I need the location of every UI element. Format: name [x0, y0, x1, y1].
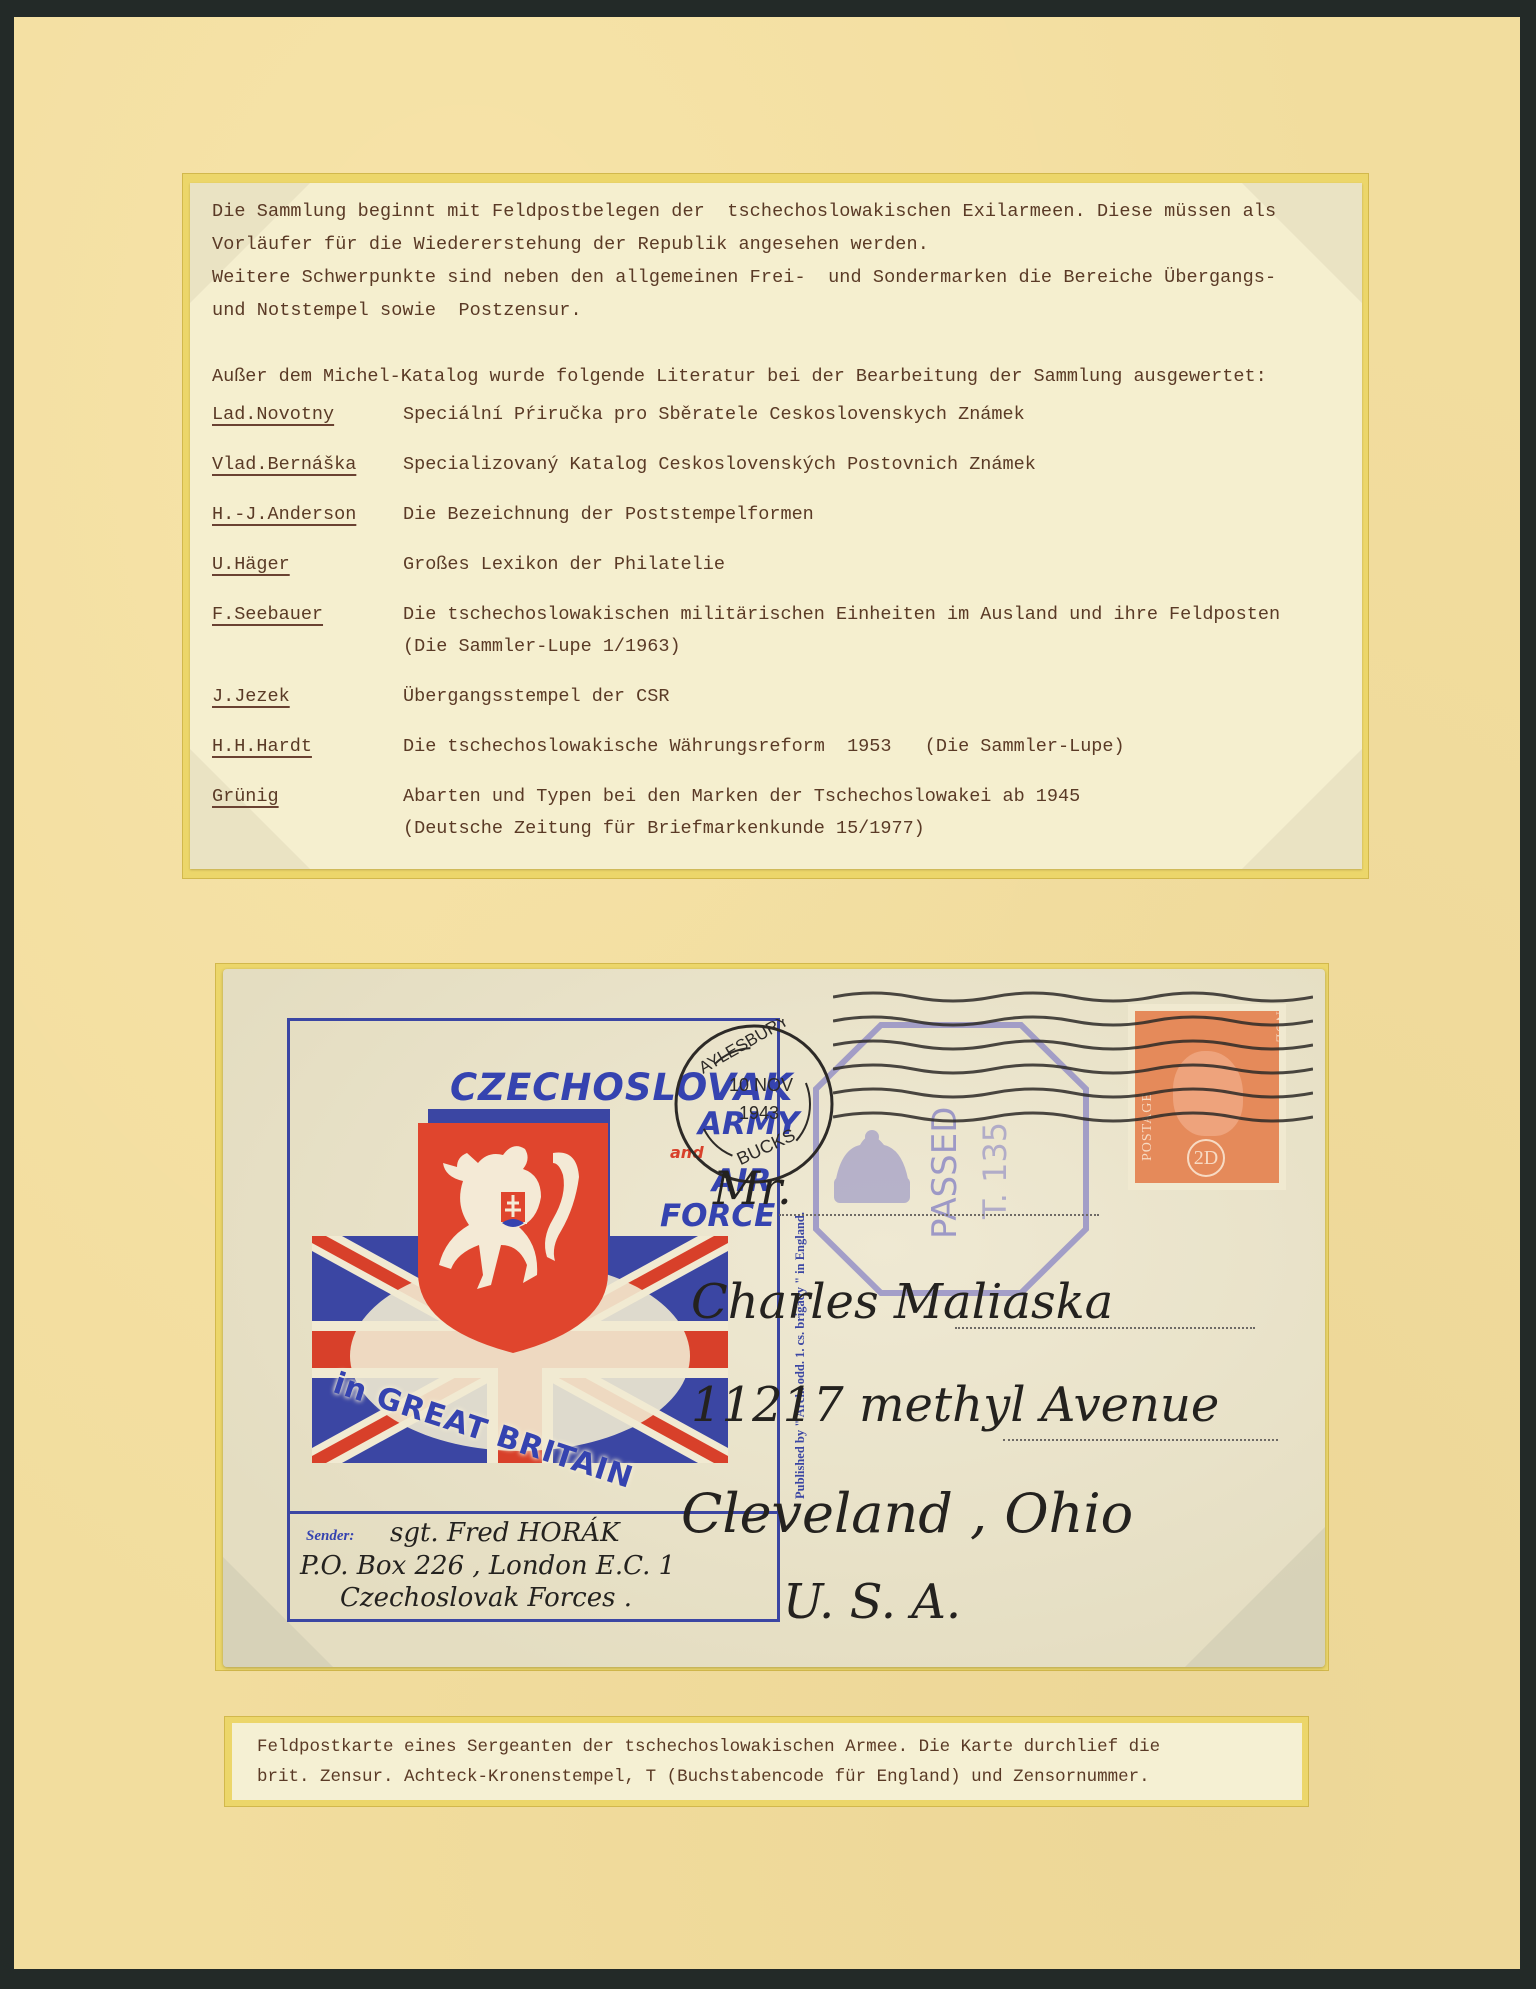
literature-author: J.Jezek: [212, 681, 403, 713]
literature-title: Speciální Pŕiručka pro Sběratele Ceskosl…: [403, 399, 1342, 431]
literature-entry: J.Jezek Übergangsstempel der CSR: [212, 681, 1342, 713]
literature-title: Übergangsstempel der CSR: [403, 681, 1342, 713]
literature-entry-continuation: (Deutsche Zeitung für Briefmarkenkunde 1…: [212, 813, 1342, 845]
recipient-city: Cleveland , Ohio: [681, 1482, 1133, 1545]
caption-line: brit. Zensur. Achteck-Kronenstempel, T (…: [257, 1762, 1302, 1792]
literature-entry: Grünig Abarten und Typen bei den Marken …: [212, 781, 1342, 813]
address-dotted-line: [779, 1214, 1099, 1216]
recipient-name: Charles Maliaska: [691, 1274, 1113, 1330]
svg-text:T. 135: T. 135: [976, 1122, 1014, 1220]
sender-unit: Czechoslovak Forces .: [340, 1583, 632, 1613]
literature-entry: Lad.Novotny Speciální Pŕiručka pro Sběra…: [212, 399, 1342, 431]
literature-title: Großes Lexikon der Philatelie: [403, 549, 1342, 581]
literature-title: (Die Sammler-Lupe 1/1963): [403, 631, 1342, 663]
literature-heading: Außer dem Michel-Katalog wurde folgende …: [212, 360, 1342, 393]
literature-author: Grünig: [212, 781, 403, 813]
literature-author: Vlad.Bernáška: [212, 449, 403, 481]
field-postcard: CZECHOSLOVAK ARMY and AIR FORCE in GREAT…: [223, 969, 1325, 1667]
literature-title: Die Bezeichnung der Poststempelformen: [403, 499, 1342, 531]
literature-author: Lad.Novotny: [212, 399, 403, 431]
intro-text-line: Vorläufer für die Wiedererstehung der Re…: [212, 228, 1342, 261]
literature-entry: F.Seebauer Die tschechoslowakischen mili…: [212, 599, 1342, 631]
literature-title: Die tschechoslowakische Währungsreform 1…: [403, 731, 1342, 763]
literature-title: Die tschechoslowakischen militärischen E…: [403, 599, 1342, 631]
caption-line: Feldpostkarte eines Sergeanten der tsche…: [257, 1732, 1302, 1762]
literature-entry: Vlad.Bernáška Specializovaný Katalog Ces…: [212, 449, 1342, 481]
literature-title: Specializovaný Katalog Ceskoslovenských …: [403, 449, 1342, 481]
recipient-salutation: Mr.: [713, 1161, 792, 1215]
stamp-value: 2D: [1187, 1139, 1225, 1177]
intro-text-line: Weitere Schwerpunkte sind neben den allg…: [212, 261, 1342, 294]
intro-note: Die Sammlung beginnt mit Feldpostbelegen…: [190, 183, 1362, 869]
sender-name: sgt. Fred HORÁK: [390, 1518, 620, 1548]
czechoslovak-lion-shield-icon: [418, 1123, 608, 1353]
literature-author: U.Häger: [212, 549, 403, 581]
address-dotted-line: [1003, 1439, 1278, 1441]
intro-text-line: und Notstempel sowie Postzensur.: [212, 294, 1342, 327]
crown-icon: [834, 1130, 910, 1203]
postcard-caption: Feldpostkarte eines Sergeanten der tsche…: [232, 1723, 1302, 1800]
svg-text:10 NOV: 10 NOV: [729, 1075, 793, 1095]
photo-corner: [1185, 1527, 1325, 1667]
intro-text-line: Die Sammlung beginnt mit Feldpostbelegen…: [212, 195, 1342, 228]
svg-text:1943: 1943: [739, 1103, 779, 1123]
literature-title: (Deutsche Zeitung für Briefmarkenkunde 1…: [403, 813, 1342, 845]
sender-label: Sender:: [306, 1528, 354, 1545]
literature-entry: H.-J.Anderson Die Bezeichnung der Postst…: [212, 499, 1342, 531]
literature-entry-continuation: (Die Sammler-Lupe 1/1963): [212, 631, 1342, 663]
literature-author: H.-J.Anderson: [212, 499, 403, 531]
recipient-street: 11217 methyl Avenue: [691, 1377, 1219, 1433]
literature-author: H.H.Hardt: [212, 731, 403, 763]
wavy-cancellation-lines: [833, 979, 1313, 1129]
recipient-country: U. S. A.: [783, 1574, 961, 1630]
literature-entry: H.H.Hardt Die tschechoslowakische Währun…: [212, 731, 1342, 763]
literature-author: F.Seebauer: [212, 599, 403, 631]
literature-title: Abarten und Typen bei den Marken der Tsc…: [403, 781, 1342, 813]
sender-address: P.O. Box 226 , London E.C. 1: [300, 1551, 675, 1581]
literature-entry: U.Häger Großes Lexikon der Philatelie: [212, 549, 1342, 581]
